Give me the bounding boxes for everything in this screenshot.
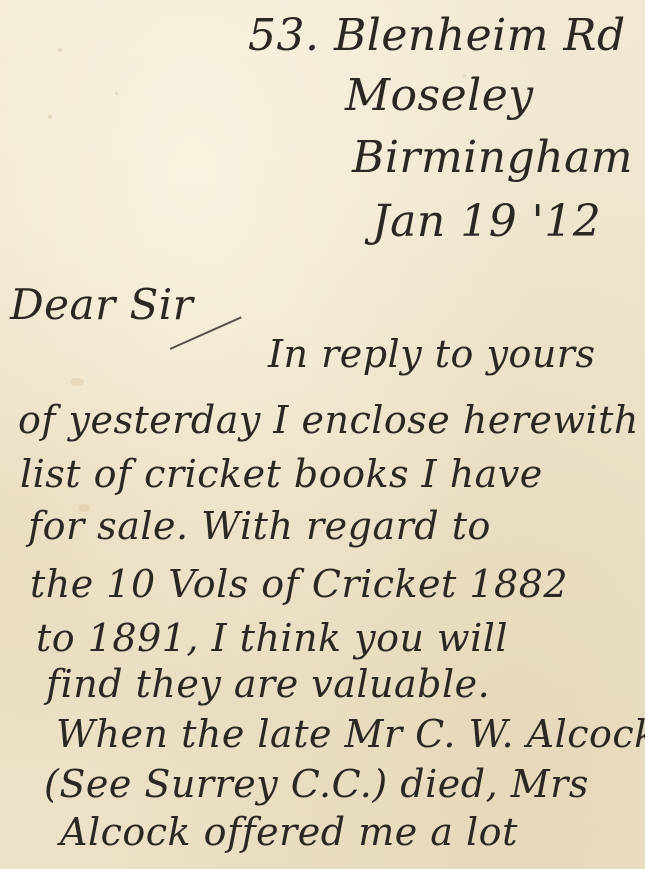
letter-page: 53. Blenheim Rd Moseley Birmingham Jan 1…	[0, 0, 645, 869]
body-line: list of cricket books I have	[20, 452, 543, 496]
body-line: to 1891, I think you will	[36, 616, 508, 660]
address-line-street: 53. Blenheim Rd	[248, 10, 626, 61]
body-line: of yesterday I enclose herewith	[18, 398, 639, 442]
paper-spot	[58, 48, 62, 52]
address-line-district: Moseley	[345, 70, 534, 121]
salutation: Dear Sir	[10, 280, 193, 329]
address-line-city: Birmingham	[352, 132, 633, 183]
body-line: When the late Mr C. W. Alcock	[56, 712, 645, 756]
paper-spot	[70, 378, 84, 386]
body-line: Alcock offered me a lot	[60, 810, 518, 854]
body-line: In reply to yours	[268, 332, 595, 376]
body-line: (See Surrey C.C.) died, Mrs	[44, 762, 589, 806]
body-line: find they are valuable.	[46, 662, 490, 706]
body-line: the 10 Vols of Cricket 1882	[30, 562, 568, 606]
body-line: for sale. With regard to	[28, 504, 491, 548]
letter-date: Jan 19 '12	[372, 196, 601, 247]
paper-spot	[48, 115, 52, 119]
paper-spot	[115, 92, 118, 95]
